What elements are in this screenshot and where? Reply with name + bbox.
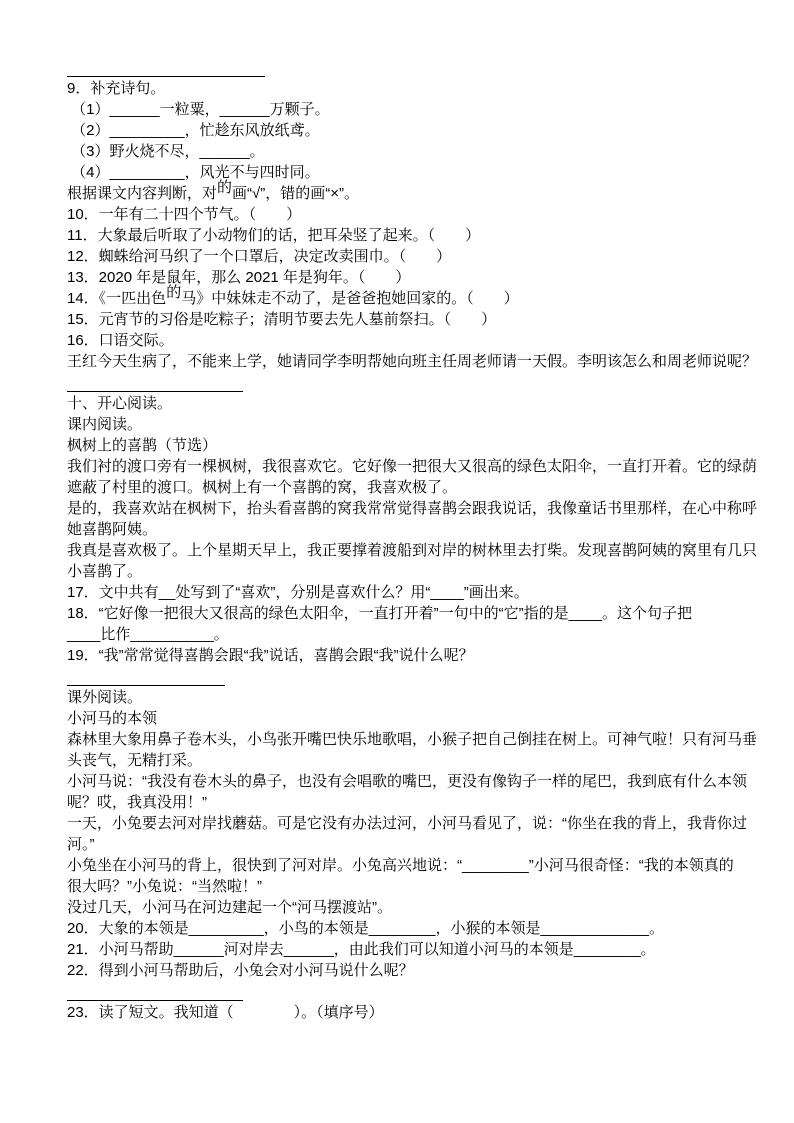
question-23: 23．读了短文。我知道（ ）。（填序号）: [67, 1002, 739, 1023]
passage-2-line: 小河马说：“我没有卷木头的鼻子，也没有会唱歌的嘴巴，更没有像钩子一样的尾巴，我到…: [67, 771, 739, 792]
text-segment: 14．《一匹出色: [67, 290, 166, 307]
question-16-prompt: 王红今天生病了，不能来上学，她请同学李明帮她向班主任周老师请一天假。李明该怎么和…: [67, 351, 739, 372]
text-segment: 画“√”，错的画“×”。: [232, 185, 359, 202]
passage-2-line: 头丧气，无精打采。: [67, 750, 739, 771]
text-segment: 马》中妹妹走不动了，是爸爸抱她回家的。（ ）: [181, 290, 519, 307]
answer-blank-rule: [67, 372, 243, 392]
question-15: 15．元宵节的习俗是吃粽子；清明节要去先人墓前祭扫。（ ）: [67, 309, 739, 330]
question-9-title: 9．补充诗句。: [67, 78, 739, 99]
question-12: 12．蜘蛛给河马织了一个口罩后，决定改卖围巾。（ ）: [67, 246, 739, 267]
question-16-title: 16．口语交际。: [67, 330, 739, 351]
passage-1-line: 是的，我喜欢站在枫树下，抬头看喜鹊的窝我常常觉得喜鹊会跟我说话，我像童话书里那样…: [67, 498, 739, 519]
question-14: 14．《一匹出色的马》中妹妹走不动了，是爸爸抱她回家的。（ ）: [67, 288, 739, 309]
passage-2-line: 一天，小兔要去河对岸找蘑菇。可是它没有办法过河，小河马看见了，说：“你坐在我的背…: [67, 813, 739, 834]
passage-1-line: 她喜鹊阿姨。: [67, 519, 739, 540]
question-22: 22．得到小河马帮助后，小兔会对小河马说什么呢？: [67, 960, 739, 981]
question-9-item-1: （1）______一粒粟，______万颗子。: [67, 99, 739, 120]
passage-2-line: 河。”: [67, 834, 739, 855]
answer-blank-line: [67, 666, 739, 687]
superscript-char: 的: [166, 284, 181, 301]
question-9-item-4: （4）_________，风光不与四时同。: [67, 162, 739, 183]
question-9-item-2: （2）_________，忙趁东风放纸鸢。: [67, 120, 739, 141]
answer-blank-line: [67, 372, 739, 393]
passage-2-title: 小河马的本领: [67, 708, 739, 729]
question-17: 17．文中共有__处写到了“喜欢”，分别是喜欢什么？用“____”画出来。: [67, 582, 739, 603]
question-18-line-2: ____比作__________。: [67, 624, 739, 645]
answer-blank-rule: [67, 666, 225, 686]
answer-blank-line: [67, 981, 739, 1002]
question-20: 20．大象的本领是_________，小鸟的本领是________，小猴的本领是…: [67, 918, 739, 939]
superscript-char: 的: [217, 179, 232, 196]
section-10-heading: 十、开心阅读。: [67, 393, 739, 414]
passage-2-line: 呢？哎，我真没用！”: [67, 792, 739, 813]
subsection-out-of-class-reading: 课外阅读。: [67, 687, 739, 708]
question-18-line-1: 18．“它好像一把很大又很高的绿色太阳伞，一直打开着”一句中的“它”指的是___…: [67, 603, 739, 624]
question-9-item-3: （3）野火烧不尽，______。: [67, 141, 739, 162]
passage-2-line: 没过几天，小河马在河边建起一个“河马摆渡站”。: [67, 897, 739, 918]
passage-1-line: 遮蔽了村里的渡口。枫树上有一个喜鹊的窝，我喜欢极了。: [67, 477, 739, 498]
passage-2-line: 森林里大象用鼻子卷木头，小鸟张开嘴巴快乐地歌唱，小猴子把自己倒挂在树上。可神气啦…: [67, 729, 739, 750]
question-19: 19．“我”常常觉得喜鹊会跟“我”说话，喜鹊会跟“我”说什么呢？: [67, 645, 739, 666]
passage-1-line: 小喜鹊了。: [67, 561, 739, 582]
text-segment: 根据课文内容判断，对: [67, 185, 217, 202]
subsection-in-class-reading: 课内阅读。: [67, 414, 739, 435]
question-10: 10．一年有二十四个节气。（ ）: [67, 204, 739, 225]
answer-blank-line: [67, 57, 739, 78]
question-21: 21．小河马帮助______河对岸去______，由此我们可以知道小河马的本领是…: [67, 939, 739, 960]
answer-blank-rule: [67, 57, 265, 77]
passage-1-line: 我真是喜欢极了。上个星期天早上，我正要撑着渡船到对岸的树林里去打柴。发现喜鹊阿姨…: [67, 540, 739, 561]
answer-blank-rule: [67, 981, 243, 1001]
judge-instruction: 根据课文内容判断，对的画“√”，错的画“×”。: [67, 183, 739, 204]
document-page: 9．补充诗句。 （1）______一粒粟，______万颗子。 （2）_____…: [0, 0, 794, 1123]
passage-1-line: 我们衬的渡口旁有一棵枫树，我很喜欢它。它好像一把很大又很高的绿色太阳伞，一直打开…: [67, 456, 739, 477]
passage-1-title: 枫树上的喜鹊（节选）: [67, 435, 739, 456]
passage-2-line: 小兔坐在小河马的背上，很快到了河对岸。小兔高兴地说：“________”小河马很…: [67, 855, 739, 876]
passage-2-line: 很大吗？”小兔说：“当然啦！”: [67, 876, 739, 897]
question-11: 11．大象最后听取了小动物们的话，把耳朵竖了起来。（ ）: [67, 225, 739, 246]
